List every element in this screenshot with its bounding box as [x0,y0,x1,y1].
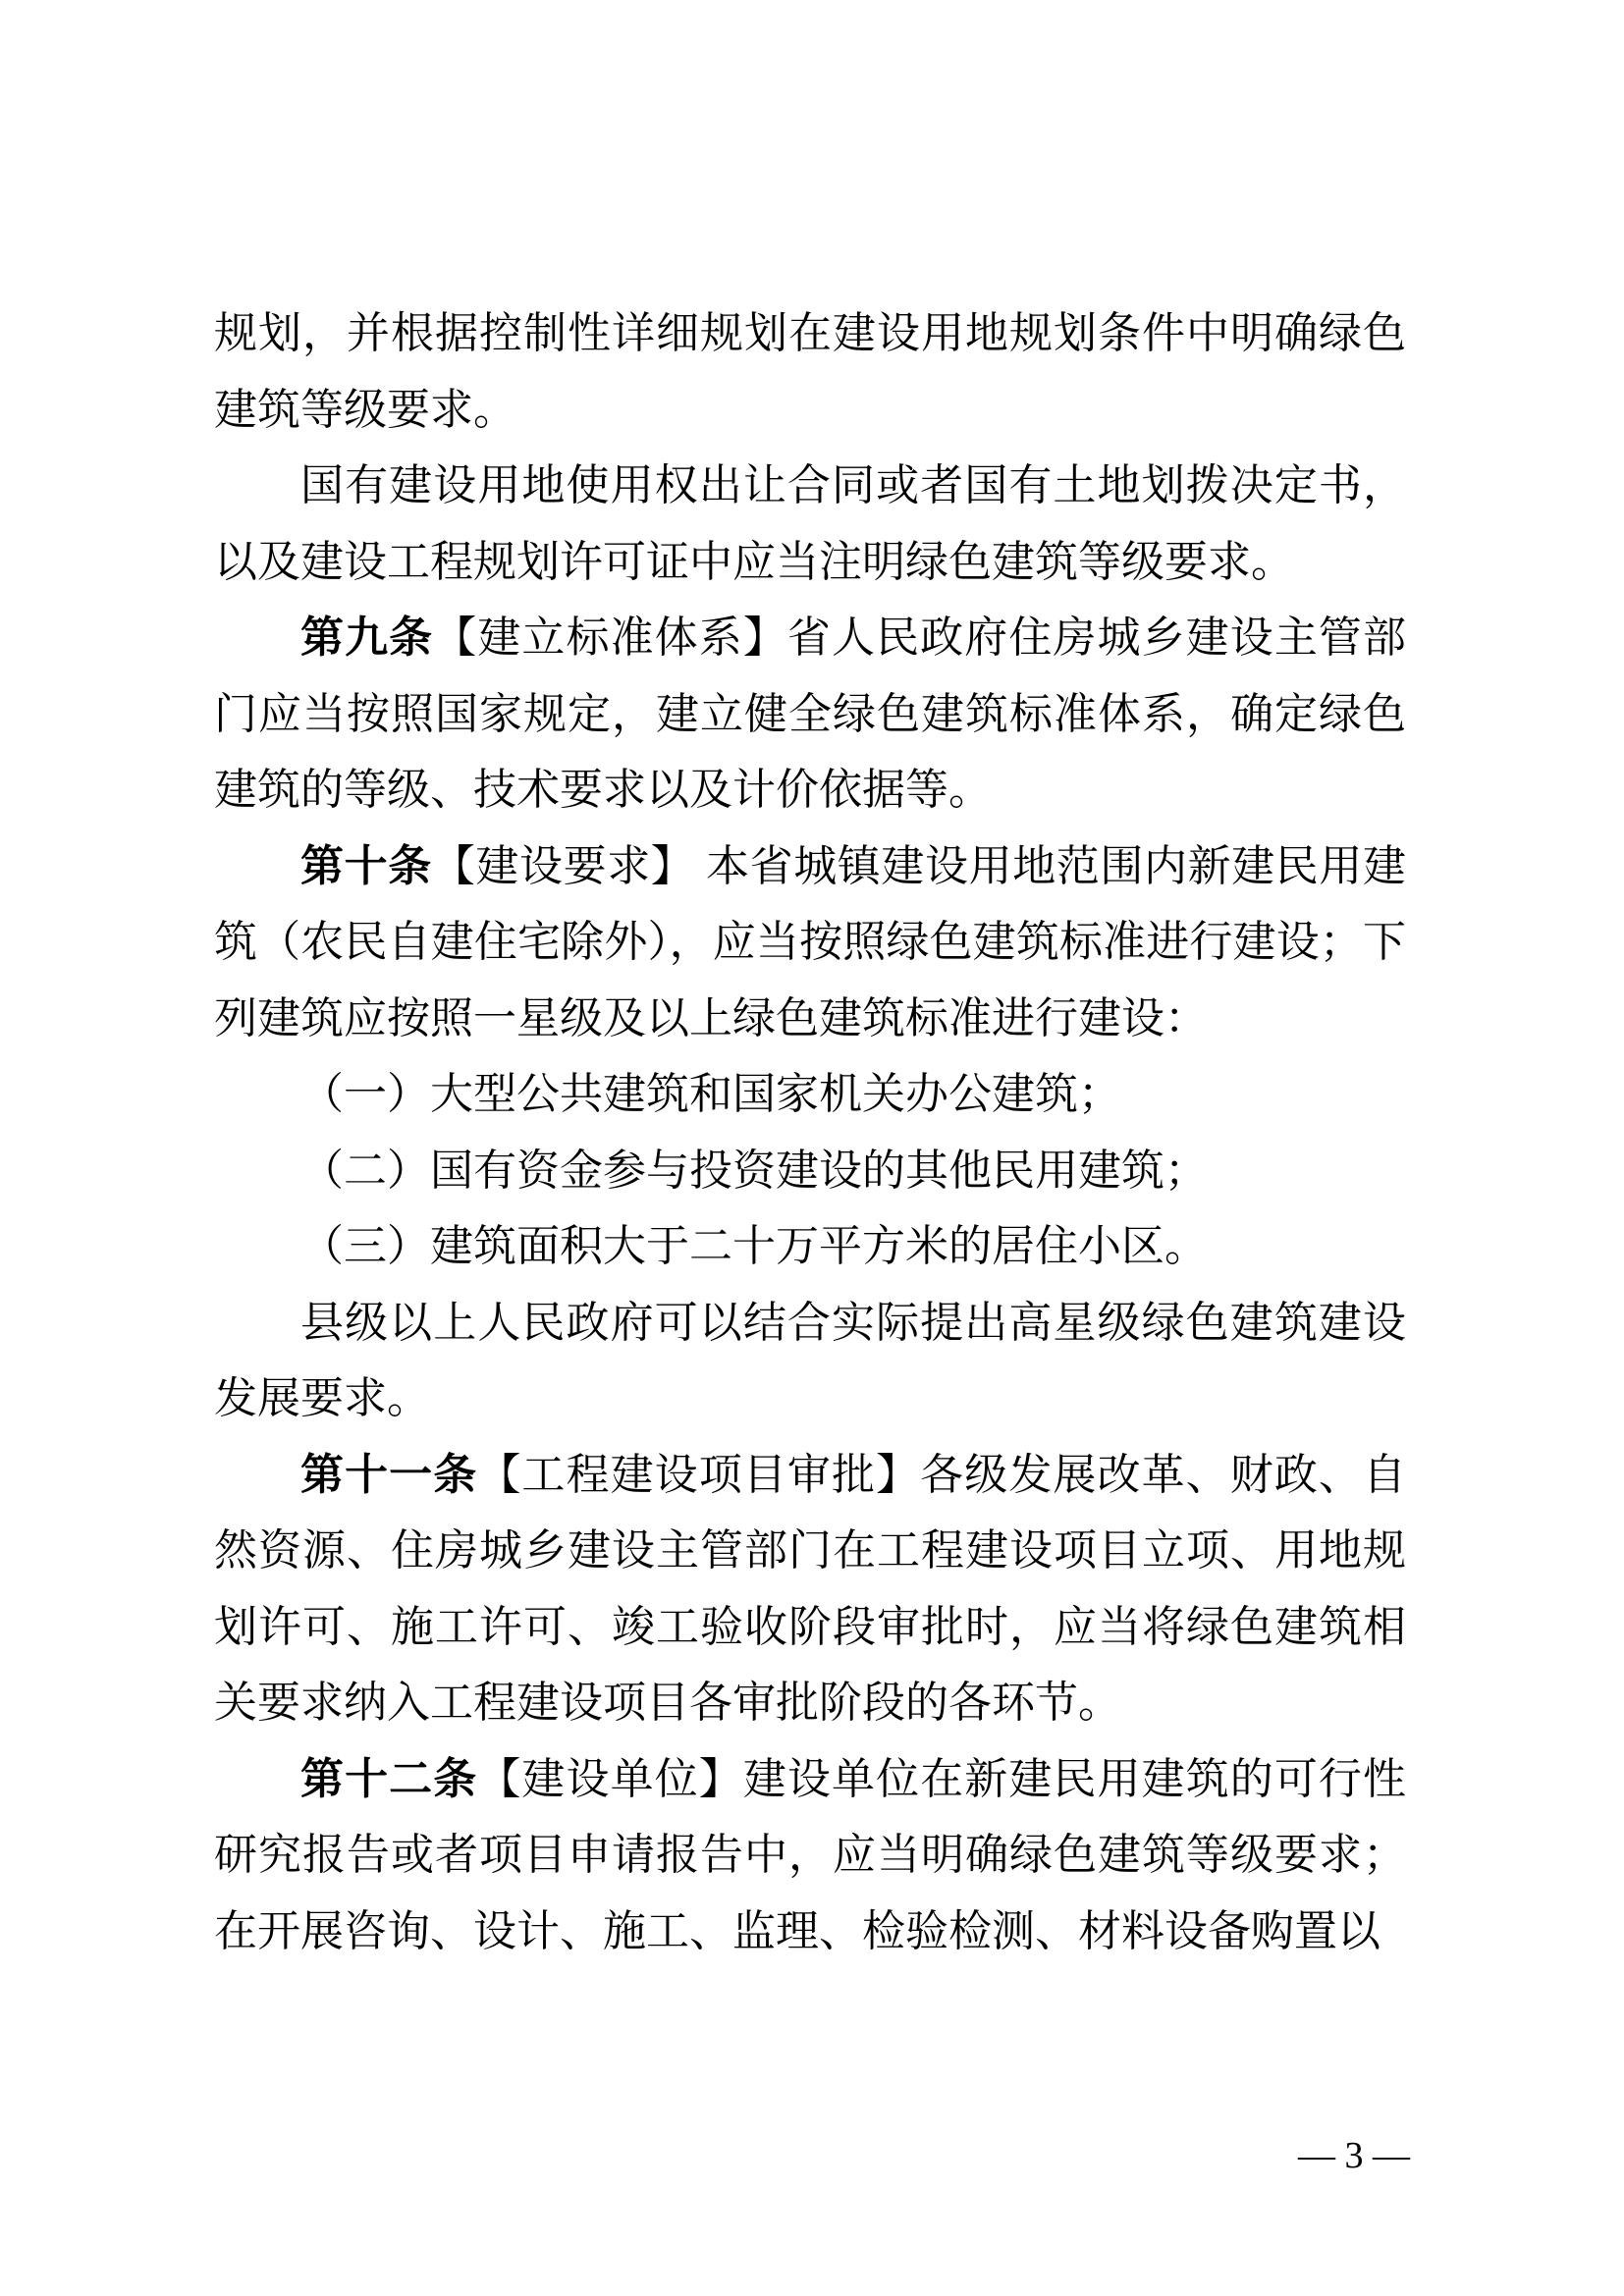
body-text: 规划，并根据控制性详细规划在建设用地规划条件中明确绿色建筑等级要求。 [214,309,1406,434]
paragraph: （二）国有资金参与投资建设的其他民用建筑； [214,1133,1406,1209]
paragraph: 规划，并根据控制性详细规划在建设用地规划条件中明确绿色建筑等级要求。 [214,295,1406,448]
body-text: （三）建筑面积大于二十万平方米的居住小区。 [300,1222,1208,1270]
paragraph: 国有建设用地使用权出让合同或者国有土地划拨决定书，以及建设工程规划许可证中应当注… [214,448,1406,600]
paragraph: （一）大型公共建筑和国家机关办公建筑； [214,1056,1406,1133]
paragraph: 第十二条【建设单位】建设单位在新建民用建筑的可行性研究报告或者项目申请报告中，应… [214,1741,1406,1970]
body-text: 县级以上人民政府可以结合实际提出高星级绿色建筑建设发展要求。 [214,1299,1406,1423]
article-number: 第十一条 [300,1451,477,1499]
article-number: 第十二条 [300,1755,477,1803]
page-number: — 3 — [1298,2136,1410,2175]
paragraph: 第十条【建设要求】 本省城镇建设用地范围内新建民用建筑（农民自建住宅除外），应当… [214,828,1406,1057]
paragraph: 县级以上人民政府可以结合实际提出高星级绿色建筑建设发展要求。 [214,1285,1406,1437]
paragraph: 第十一条【工程建设项目审批】各级发展改革、财政、自然资源、住房城乡建设主管部门在… [214,1437,1406,1741]
article-number: 第十条 [300,842,432,890]
paragraph: （三）建筑面积大于二十万平方米的居住小区。 [214,1208,1406,1285]
article-number: 第九条 [300,614,433,662]
paragraph: 第九条【建立标准体系】省人民政府住房城乡建设主管部门应当按照国家规定，建立健全绿… [214,600,1406,828]
body-text: 国有建设用地使用权出让合同或者国有土地划拨决定书，以及建设工程规划许可证中应当注… [214,461,1406,586]
body-text: （二）国有资金参与投资建设的其他民用建筑； [300,1147,1208,1195]
body-text: （一）大型公共建筑和国家机关办公建筑； [300,1070,1121,1118]
document-body: 规划，并根据控制性详细规划在建设用地规划条件中明确绿色建筑等级要求。国有建设用地… [214,295,1406,1969]
document-page: 规划，并根据控制性详细规划在建设用地规划条件中明确绿色建筑等级要求。国有建设用地… [0,0,1624,2296]
